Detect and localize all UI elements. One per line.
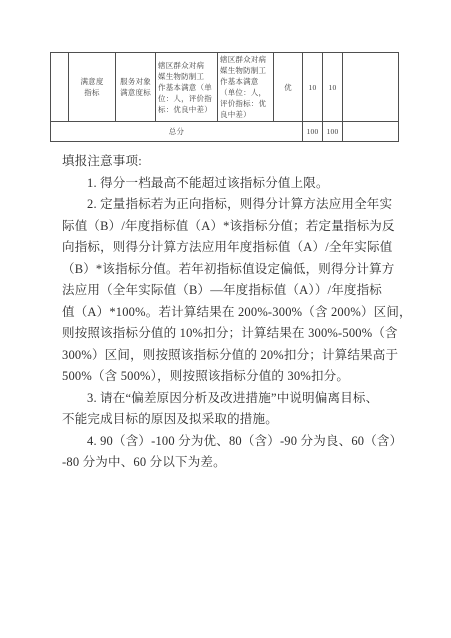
cell-actual-result: 辖区群众对病 媒生物防制工 作基本满意 （单位：人， 评价指标：优 良中差） <box>218 53 274 122</box>
cell-total-label: 总分 <box>51 122 303 142</box>
note-item-2-cont: 300%）区间，则按照该指标分值的 20%扣分；计算结果高于 <box>62 345 402 367</box>
note-item-2-cont: 法应用（全年实际值（B）—年度指标值（A））/年度指标 <box>62 280 402 302</box>
notes-section: 填报注意事项: 1. 得分一档最高不能超过该指标分值上限。 2. 定量指标若为正… <box>62 151 402 474</box>
score-table: 满意度 指标 服务对象 满意度标 辖区群众对病 媒生物防制工 作基本满意（单 位… <box>50 52 399 142</box>
note-item-3: 3. 请在“偏差原因分析及改进措施”中说明偏离目标、 <box>62 388 402 410</box>
notes-heading: 填报注意事项: <box>62 151 402 173</box>
note-item-2-cont: 向指标，则得分计算方法应用年度指标值（A）/全年实际值 <box>62 237 402 259</box>
table-row-total: 总分 100 100 <box>51 122 399 142</box>
document-page: 满意度 指标 服务对象 满意度标 辖区群众对病 媒生物防制工 作基本满意（单 位… <box>0 0 451 638</box>
cell-total-score-2: 100 <box>323 122 343 142</box>
note-item-4-cont: -80 分为中、60 分以下为差。 <box>62 452 402 474</box>
note-item-2-cont: 500%（含 500%），则按照该指标分值的 30%扣分。 <box>62 366 402 388</box>
table-row-indicator: 满意度 指标 服务对象 满意度标 辖区群众对病 媒生物防制工 作基本满意（单 位… <box>51 53 399 122</box>
cell-total-score-1: 100 <box>303 122 323 142</box>
note-item-2-cont: 值（A）*100%。若计算结果在 200%-300%（含 200%）区间， <box>62 302 402 324</box>
note-item-2-cont: 则按照该指标分值的 10%扣分；计算结果在 300%-500%（含 <box>62 323 402 345</box>
cell-row-number <box>51 53 69 122</box>
cell-indicator-name: 服务对象 满意度标 <box>116 53 156 122</box>
note-item-2: 2. 定量指标若为正向指标，则得分计算方法应用全年实 <box>62 194 402 216</box>
note-item-2-cont: （B）*该指标分值。若年初指标值设定偏低，则得分计算方 <box>62 259 402 281</box>
note-item-3-cont: 不能完成目标的原因及拟采取的措施。 <box>62 409 402 431</box>
cell-grade: 优 <box>274 53 303 122</box>
note-item-1: 1. 得分一档最高不能超过该指标分值上限。 <box>62 173 402 195</box>
cell-indicator-category: 满意度 指标 <box>69 53 116 122</box>
cell-score-weight: 10 <box>303 53 323 122</box>
cell-remark <box>343 53 399 122</box>
note-item-4: 4. 90（含）-100 分为优、80（含）-90 分为良、60（含） <box>62 431 402 453</box>
cell-annual-target: 辖区群众对病 媒生物防制工 作基本满意（单 位：人，评价指 标：优良中差） <box>156 53 218 122</box>
note-item-2-cont: 际值（B）/年度指标值（A）*该指标分值；若定量指标为反 <box>62 216 402 238</box>
cell-score-actual: 10 <box>323 53 343 122</box>
cell-total-remark <box>343 122 399 142</box>
